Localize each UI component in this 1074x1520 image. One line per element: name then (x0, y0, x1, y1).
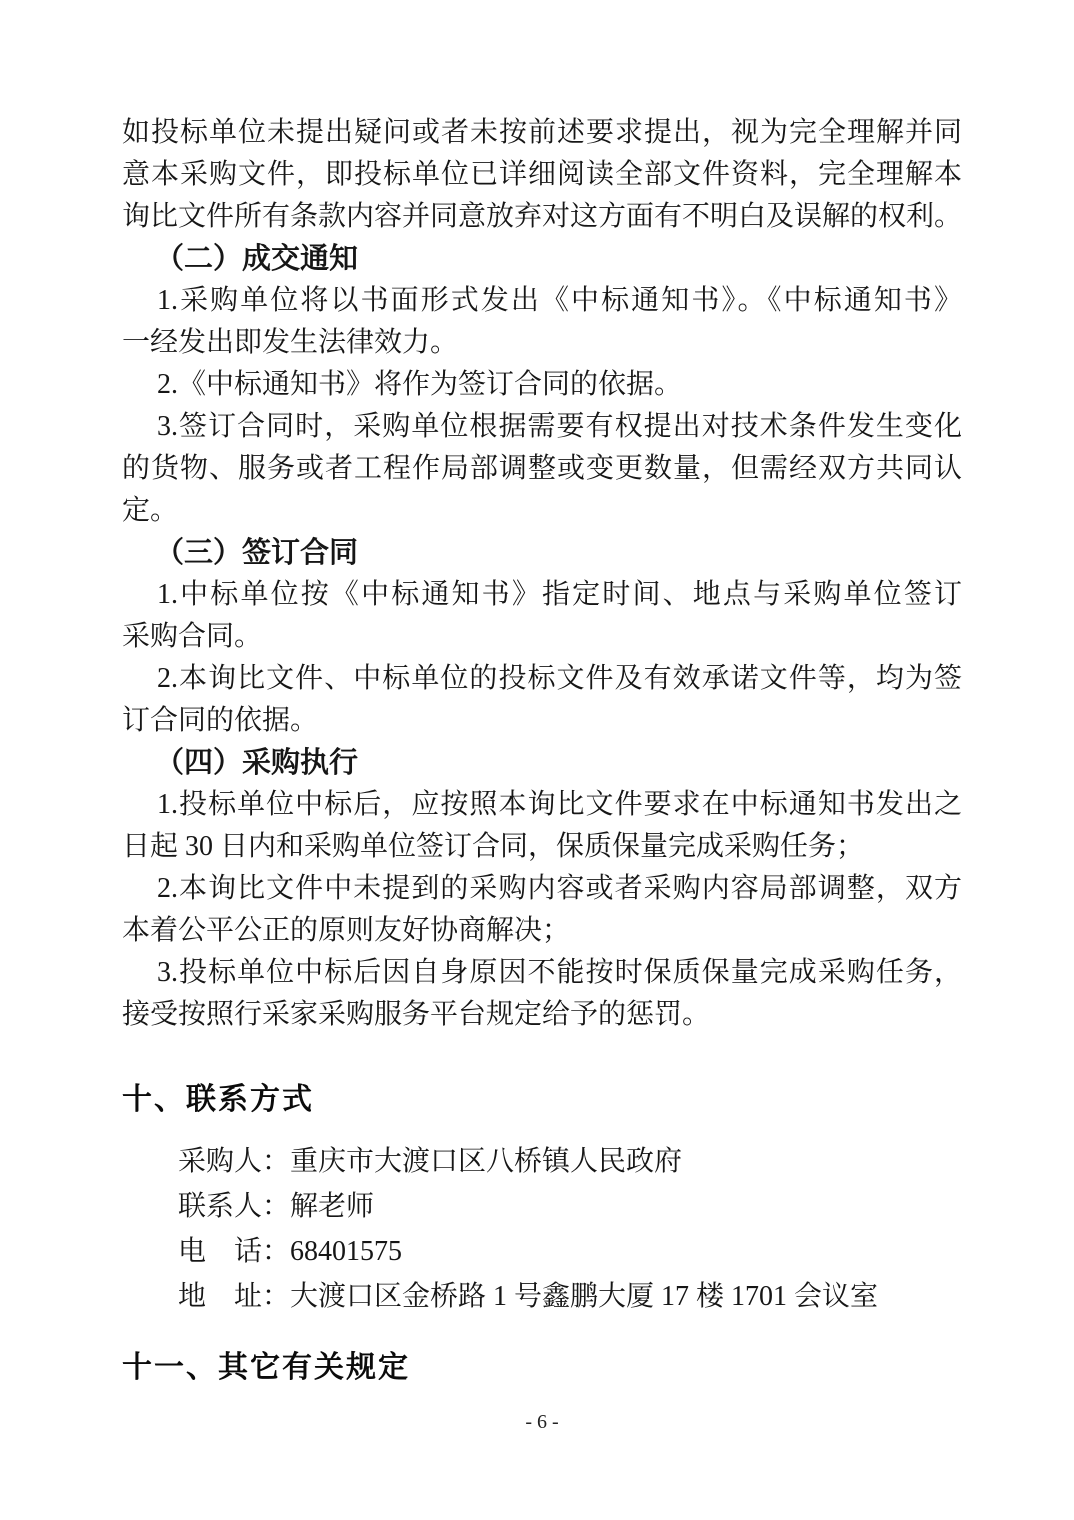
paragraph-line: 本着公平公正的原则友好协商解决； (122, 910, 962, 952)
page-number: - 6 - (122, 1411, 962, 1434)
paragraph-line: 2.本询比文件、中标单位的投标文件及有效承诺文件等，均为签 (122, 658, 962, 700)
contact-row-purchaser: 采购人：重庆市大渡口区八桥镇人民政府 (122, 1139, 962, 1184)
contact-label: 地 址： (178, 1281, 290, 1312)
subsection-heading-2: （二）成交通知 (122, 238, 962, 280)
contact-label: 采购人： (178, 1146, 290, 1177)
paragraph-line: 意本采购文件，即投标单位已详细阅读全部文件资料，完全理解本 (122, 154, 962, 196)
paragraph-line: 如投标单位未提出疑问或者未按前述要求提出，视为完全理解并同 (122, 112, 962, 154)
paragraph-line: 接受按照行采家采购服务平台规定给予的惩罚。 (122, 994, 962, 1036)
paragraph-line: 订合同的依据。 (122, 700, 962, 742)
section-heading-contact: 十、联系方式 (122, 1077, 962, 1123)
paragraph-line: 询比文件所有条款内容并同意放弃对这方面有不明白及误解的权利。 (122, 196, 962, 238)
contact-row-phone: 电 话：68401575 (122, 1229, 962, 1274)
paragraph-line: 一经发出即发生法律效力。 (122, 322, 962, 364)
paragraph-line: 3.签订合同时，采购单位根据需要有权提出对技术条件发生变化 (122, 406, 962, 448)
subsection-heading-3: （三）签订合同 (122, 532, 962, 574)
contact-value: 68401575 (290, 1236, 402, 1267)
section-heading-other-rules: 十一、其它有关规定 (122, 1345, 962, 1391)
paragraph-line: 定。 (122, 490, 962, 532)
contact-value: 解老师 (290, 1191, 374, 1222)
contact-value: 重庆市大渡口区八桥镇人民政府 (290, 1146, 682, 1177)
contact-row-person: 联系人：解老师 (122, 1184, 962, 1229)
paragraph-line: 1.投标单位中标后，应按照本询比文件要求在中标通知书发出之 (122, 784, 962, 826)
document-page: 如投标单位未提出疑问或者未按前述要求提出，视为完全理解并同 意本采购文件，即投标… (0, 0, 1074, 1520)
contact-value: 大渡口区金桥路 1 号鑫鹏大厦 17 楼 1701 会议室 (290, 1281, 878, 1312)
paragraph-line: 采购合同。 (122, 616, 962, 658)
paragraph-line: 2.本询比文件中未提到的采购内容或者采购内容局部调整，双方 (122, 868, 962, 910)
paragraph-line: 日起 30 日内和采购单位签订合同，保质保量完成采购任务； (122, 826, 962, 868)
paragraph-line: 1.采购单位将以书面形式发出《中标通知书》。《中标通知书》 (122, 280, 962, 322)
paragraph-line: 1.中标单位按《中标通知书》指定时间、地点与采购单位签订 (122, 574, 962, 616)
contact-row-address: 地 址：大渡口区金桥路 1 号鑫鹏大厦 17 楼 1701 会议室 (122, 1274, 962, 1319)
subsection-heading-4: （四）采购执行 (122, 742, 962, 784)
paragraph-line: 2.《中标通知书》将作为签订合同的依据。 (122, 364, 962, 406)
contact-label: 联系人： (178, 1191, 290, 1222)
paragraph-line: 的货物、服务或者工程作局部调整或变更数量，但需经双方共同认 (122, 448, 962, 490)
contact-label: 电 话： (178, 1236, 290, 1267)
document-body: 如投标单位未提出疑问或者未按前述要求提出，视为完全理解并同 意本采购文件，即投标… (122, 112, 962, 1434)
paragraph-line: 3.投标单位中标后因自身原因不能按时保质保量完成采购任务， (122, 952, 962, 994)
contact-info-block: 采购人：重庆市大渡口区八桥镇人民政府 联系人：解老师 电 话：68401575 … (122, 1139, 962, 1319)
